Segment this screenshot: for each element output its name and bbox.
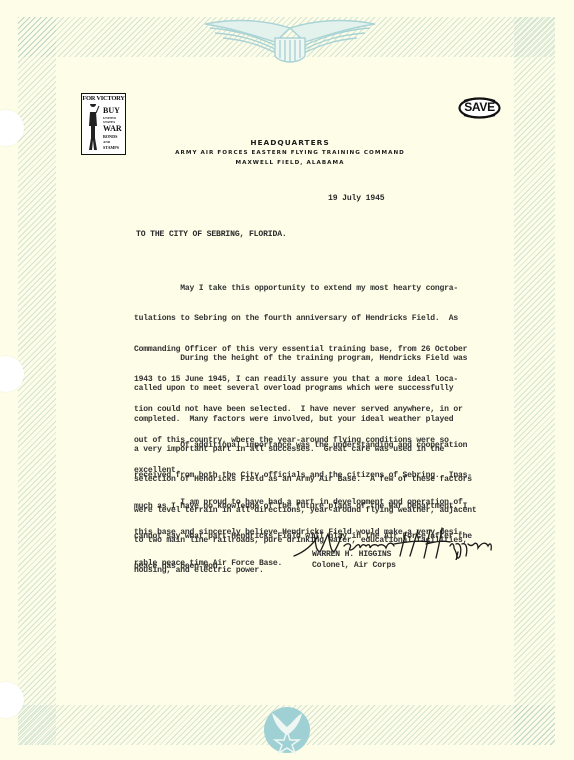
badge-for-victory: FOR VICTORY xyxy=(82,95,125,102)
letterhead-location: MAXWELL FIELD, ALABAMA xyxy=(140,158,440,168)
text-line: May I take this opportunity to extend my… xyxy=(134,284,514,294)
text-line: called upon to meet several overload pro… xyxy=(134,384,514,394)
border-pattern-right xyxy=(514,17,555,745)
text-line: Of additional importance was the underst… xyxy=(134,441,514,451)
badge-war: WAR xyxy=(103,124,122,133)
badge-and: AND xyxy=(103,140,110,144)
save-badge: SAVE xyxy=(458,97,501,119)
badge-bonds: BONDS xyxy=(103,134,117,139)
letter-salutation: TO THE CITY OF SEBRING, FLORIDA. xyxy=(136,230,287,239)
letter-date: 19 July 1945 xyxy=(328,194,385,203)
letterhead-command: ARMY AIR FORCES EASTERN FLYING TRAINING … xyxy=(140,148,440,158)
letterhead-headquarters: HEADQUARTERS xyxy=(140,137,440,148)
text-line: tulations to Sebring on the fourth anniv… xyxy=(134,314,514,324)
pilot-wings-icon xyxy=(195,8,385,66)
signer-name: WARREN H. HIGGINS xyxy=(312,550,391,559)
war-bonds-badge: FOR VICTORY BUY UNITED STATES WAR BONDS … xyxy=(81,93,126,155)
save-badge-text: SAVE xyxy=(458,100,501,114)
signer-title: Colonel, Air Corps xyxy=(312,561,396,570)
letterhead: HEADQUARTERS ARMY AIR FORCES EASTERN FLY… xyxy=(140,137,440,168)
text-line: During the height of the training progra… xyxy=(134,354,514,364)
badge-stamps: STAMPS xyxy=(103,145,119,150)
badge-buy: BUY xyxy=(103,106,120,115)
text-line: I am proud to have had a part in develop… xyxy=(134,498,514,508)
army-air-forces-emblem-icon xyxy=(262,705,312,755)
soldier-figure-icon xyxy=(85,104,101,152)
